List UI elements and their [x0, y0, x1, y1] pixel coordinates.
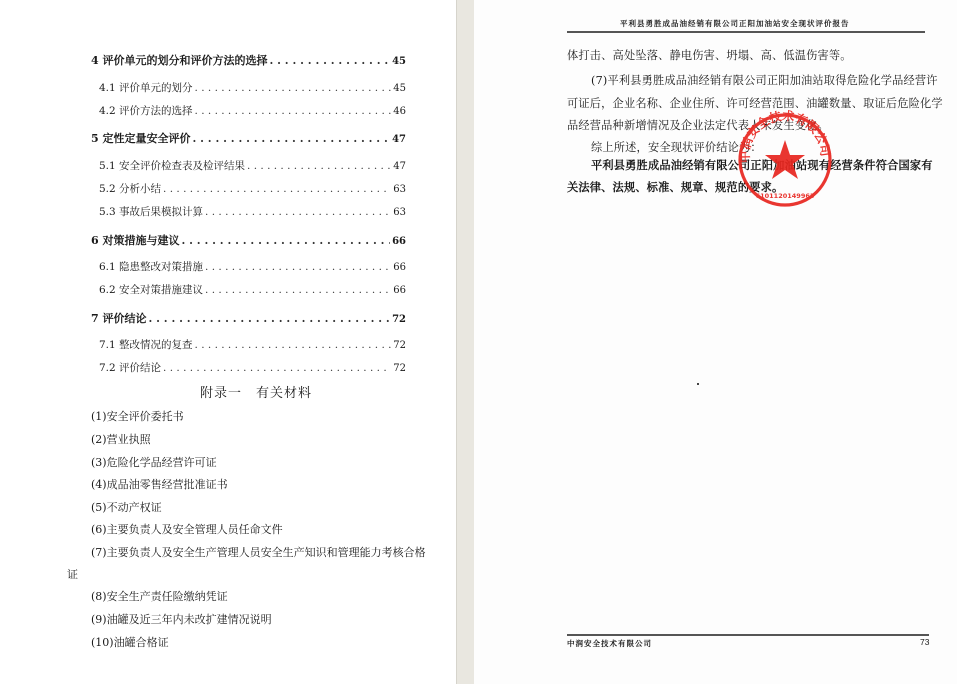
body-line: (7)平利县勇胜成品油经销有限公司正阳加油站取得危险化学品经营许	[591, 72, 938, 88]
running-header: 平利县勇胜成品油经销有限公司正阳加油站安全现状评价报告	[620, 18, 850, 29]
toc-entry-page: 72	[393, 363, 406, 374]
toc-entry[interactable]: 6.1 隐患整改对策措施66	[99, 259, 406, 274]
toc-entry-label: 6 对策措施与建议	[91, 232, 179, 248]
appendix-item: 证	[67, 566, 78, 582]
appendix-title: 附录一 有关材料	[200, 382, 312, 401]
toc-entry-label: 4.2 评价方法的选择	[99, 103, 193, 118]
appendix-item: (8)安全生产责任险缴纳凭证	[91, 588, 228, 604]
toc-entry-page: 63	[393, 207, 406, 218]
toc-entry-label: 4 评价单元的划分和评价方法的选择	[91, 52, 267, 68]
toc-leader-dots	[192, 132, 390, 145]
left-page: 4 评价单元的划分和评价方法的选择454.1 评价单元的划分454.2 评价方法…	[0, 0, 455, 684]
toc-entry-label: 5.2 分析小结	[99, 181, 161, 196]
toc-leader-dots	[195, 105, 392, 117]
toc-entry[interactable]: 7.1 整改情况的复查72	[99, 337, 406, 352]
toc-leader-dots	[205, 284, 391, 296]
toc-entry-page: 63	[393, 184, 406, 195]
body-line: 体打击、高处坠落、静电伤害、坍塌、高、低温伤害等。	[567, 47, 852, 63]
toc-entry[interactable]: 5.1 安全评价检查表及检评结果47	[99, 158, 406, 173]
toc-entry[interactable]: 4.2 评价方法的选择46	[99, 103, 406, 118]
toc-leader-dots	[163, 362, 391, 374]
toc-entry-page: 46	[393, 106, 406, 117]
toc-leader-dots	[163, 183, 391, 195]
body-line: 品经营品种新增情况及企业法定代表人未发生变化。	[567, 117, 829, 133]
toc-entry-label: 6.1 隐患整改对策措施	[99, 259, 203, 274]
appendix-item: (10)油罐合格证	[91, 634, 169, 650]
toc-entry-page: 45	[392, 56, 406, 67]
toc-entry-label: 4.1 评价单元的划分	[99, 80, 193, 95]
toc-entry[interactable]: 5 定性定量安全评价47	[91, 130, 406, 146]
toc-entry[interactable]: 4.1 评价单元的划分45	[99, 80, 406, 95]
toc-entry[interactable]: 6 对策措施与建议66	[91, 232, 406, 248]
body-line: 关法律、法规、标准、规章、规范的要求。	[567, 179, 783, 195]
toc-entry-page: 45	[393, 83, 406, 94]
toc-entry[interactable]: 7.2 评价结论72	[99, 360, 406, 375]
toc-entry-label: 7.1 整改情况的复查	[99, 337, 193, 352]
toc-leader-dots	[205, 261, 391, 273]
toc-entry-label: 5.1 安全评价检查表及检评结果	[99, 158, 245, 173]
page-number: 73	[920, 637, 929, 647]
toc-entry-page: 72	[392, 314, 406, 325]
scan-speck	[697, 383, 699, 385]
appendix-item: (3)危险化学品经营许可证	[91, 454, 217, 470]
body-line: 综上所述，安全现状评价结论为：	[591, 139, 762, 155]
footer-rule	[567, 634, 929, 636]
toc-entry-label: 7 评价结论	[91, 310, 146, 326]
appendix-item: (2)营业执照	[91, 431, 151, 447]
toc-entry-label: 5 定性定量安全评价	[91, 130, 190, 146]
toc-entry-label: 5.3 事故后果模拟计算	[99, 204, 203, 219]
toc-leader-dots	[205, 206, 391, 218]
header-rule	[567, 31, 925, 33]
toc-entry-label: 6.2 安全对策措施建议	[99, 282, 203, 297]
toc-leader-dots	[247, 160, 391, 172]
toc-entry-page: 47	[393, 161, 406, 172]
toc-leader-dots	[195, 82, 392, 94]
toc-entry[interactable]: 4 评价单元的划分和评价方法的选择45	[91, 52, 406, 68]
toc-leader-dots	[269, 54, 390, 67]
toc-entry[interactable]: 6.2 安全对策措施建议66	[99, 282, 406, 297]
toc-entry-page: 72	[393, 340, 406, 351]
toc-entry-page: 66	[392, 236, 406, 247]
appendix-item: (9)油罐及近三年内未改扩建情况说明	[91, 611, 272, 627]
toc-entry[interactable]: 5.2 分析小结63	[99, 181, 406, 196]
toc-leader-dots	[195, 339, 392, 351]
appendix-item: (6)主要负责人及安全管理人员任命文件	[91, 521, 283, 537]
body-line: 平利县勇胜成品油经销有限公司正阳加油站现有经营条件符合国家有	[591, 157, 933, 173]
toc-leader-dots	[148, 312, 390, 325]
appendix-item: (7)主要负责人及安全生产管理人员安全生产知识和管理能力考核合格	[91, 544, 426, 560]
toc-entry-page: 66	[393, 285, 406, 296]
footer-company: 中润安全技术有限公司	[567, 638, 652, 649]
toc-entry-page: 66	[393, 262, 406, 273]
page-gutter	[456, 0, 475, 684]
body-line: 可证后，企业名称、企业住所、许可经营范围、油罐数量、取证后危险化学	[567, 95, 943, 111]
toc-entry[interactable]: 7 评价结论72	[91, 310, 406, 326]
toc-entry-label: 7.2 评价结论	[99, 360, 161, 375]
toc-entry-page: 47	[392, 134, 406, 145]
toc-entry[interactable]: 5.3 事故后果模拟计算63	[99, 204, 406, 219]
appendix-item: (5)不动产权证	[91, 499, 162, 515]
appendix-item: (4)成品油零售经营批准证书	[91, 476, 228, 492]
toc-leader-dots	[181, 234, 390, 247]
appendix-item: (1)安全评价委托书	[91, 408, 184, 424]
